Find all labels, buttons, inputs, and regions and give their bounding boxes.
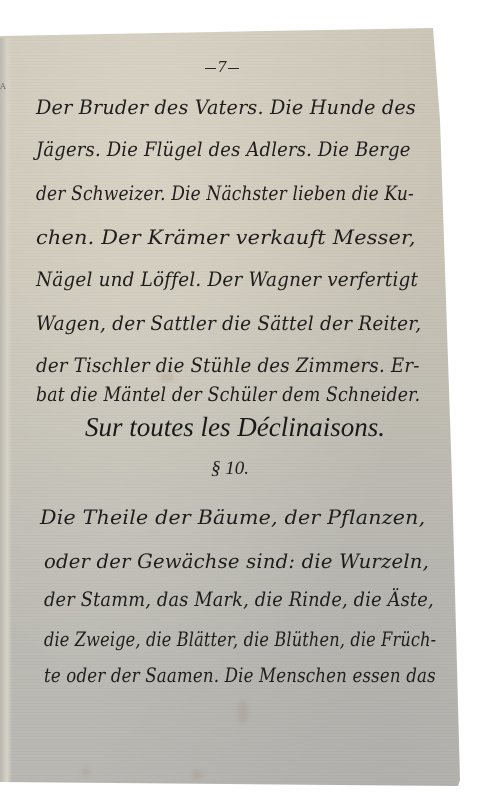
text-line: die Zweige, die Blätter, die Blüthen, di…	[44, 628, 436, 651]
section-number: § 10.	[195, 458, 265, 480]
text-line: Nägel und Löffel. Der Wagner verfertigt	[36, 268, 418, 291]
text-line: oder der Gewächse sind: die Wurzeln,	[44, 550, 429, 573]
page-number-dash-left	[205, 68, 216, 69]
page-number-dash-right	[228, 68, 239, 69]
text-line: Die Theile der Bäume, der Pflanzen,	[40, 506, 425, 529]
text-line: Wagen, der Sattler die Sättel der Reiter…	[36, 312, 421, 335]
spine-mark: A	[0, 82, 6, 91]
page-number: 7	[202, 58, 242, 76]
section-heading: Sur toutes les Déclinaisons.	[70, 412, 400, 443]
page-number-value: 7	[217, 58, 227, 76]
text-line: der Tischler die Stühle des Zimmers. Er-	[36, 354, 420, 377]
book-spine-edge	[0, 38, 12, 782]
text-line: Der Bruder des Vaters. Die Hunde des	[36, 96, 416, 119]
paper-stain	[192, 770, 202, 780]
text-line: bat die Mäntel der Schüler dem Schneider…	[36, 383, 420, 406]
text-line: Jägers. Die Flügel des Adlers. Die Berge	[36, 138, 411, 161]
text-line: te oder der Saamen. Die Menschen essen d…	[44, 664, 436, 687]
text-line: der Schweizer. Die Nächster lieben die K…	[36, 182, 414, 205]
paper-stain	[82, 768, 90, 776]
paper-stain	[238, 700, 248, 724]
text-line: der Stamm, das Mark, die Rinde, die Äste…	[44, 588, 434, 611]
text-line: chen. Der Krämer verkauft Messer,	[36, 226, 416, 249]
